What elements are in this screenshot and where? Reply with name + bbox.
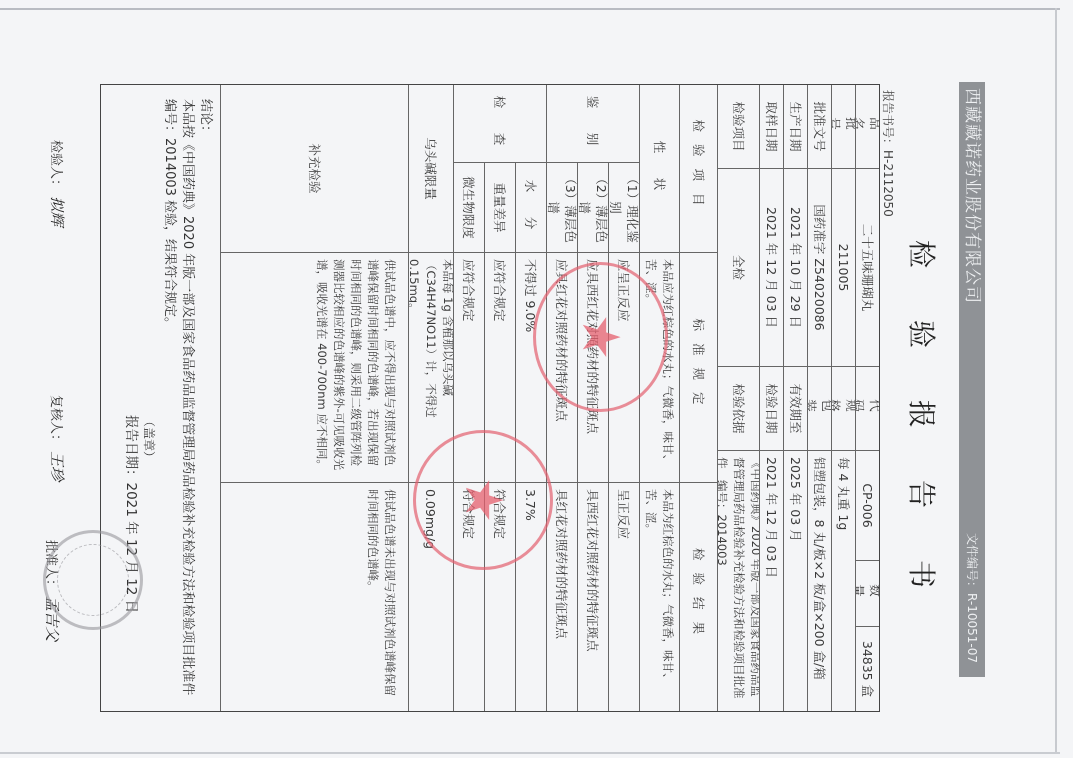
- result-supplementary-test: 供试品色谱未出现与对照试剂色谱峰保留时间相同的色谱峰。: [220, 483, 408, 711]
- red-seal-lower: ★: [533, 262, 668, 412]
- inspection-report-page: 西藏藏诺药业股份有限公司 文件编号：R-10051-07 检验报告书 报告书号：…: [0, 0, 1073, 758]
- result-appearance: 本品为红棕色的水丸；气微香，味甘、苦、涩。: [639, 483, 679, 711]
- label-approval-no: 批准文号: [807, 85, 831, 169]
- label-package: 包 装: [807, 367, 831, 451]
- report-table: 品 名 二十五味珊瑚丸 代 码 CP-006 数 量 34835 盒 批 号 2…: [100, 84, 880, 712]
- value-approval-no: 国药准字 Z54020086: [807, 169, 831, 367]
- column-header-item: 检验项目: [679, 85, 717, 253]
- value-test-date: 2021 年 12 月 03 日: [759, 451, 783, 711]
- stamp-note: （盖章）: [140, 415, 158, 463]
- item-identification-3: （3）薄层色谱: [546, 163, 577, 253]
- reviewer-label: 复核人：: [48, 395, 63, 447]
- star-icon: ★: [571, 314, 631, 361]
- report-title: 检验报告书: [903, 240, 943, 690]
- section-aconitine-limit: 乌头碱限量: [408, 85, 453, 253]
- conclusion-text: 本品按《中国药典》2020 年版一部及国家食品药品监督管理局药品检验补充检验方法…: [160, 99, 196, 697]
- grey-seal: [43, 530, 143, 630]
- report-number: 报告书号：H-2112050: [880, 90, 897, 217]
- value-quantity: 34835 盒: [855, 627, 879, 711]
- value-expiry: 2025 年 03 月: [783, 451, 807, 711]
- item-moisture: 水 分: [515, 163, 546, 253]
- label-test-date: 检验日期: [759, 367, 783, 451]
- value-package: 铝塑包装，8 丸/板×2 板/盒×200 盒/箱: [807, 451, 831, 711]
- label-test-items: 检验项目: [717, 85, 759, 169]
- value-production-date: 2021 年 10 月 29 日: [783, 169, 807, 367]
- grey-seal-inner-ring: [57, 544, 129, 616]
- label-code: 代 码: [855, 367, 879, 451]
- value-test-basis: 《中国药典》2020 年版一部及国家食品药品监督管理局药品检验补充检验方法和检验…: [717, 451, 759, 711]
- company-name: 西藏藏诺药业股份有限公司: [959, 88, 985, 304]
- value-code: CP-006: [855, 451, 879, 561]
- inspector-signature: 检验人： 拟辉: [47, 140, 68, 226]
- column-header-result: 检验结果: [679, 483, 717, 711]
- column-header-standard: 标准规定: [679, 253, 717, 483]
- label-spec: 规 格: [831, 367, 855, 451]
- label-sampling-date: 取样日期: [759, 85, 783, 169]
- result-identification-1: 呈正反应: [608, 483, 639, 711]
- item-identification-2: （2）薄层色谱: [577, 163, 608, 253]
- star-icon: ★: [453, 477, 513, 524]
- value-sampling-date: 2021 年 12 月 03 日: [759, 169, 783, 367]
- label-product-name: 品 名: [855, 85, 879, 169]
- inspector-label: 检验人：: [48, 140, 63, 192]
- red-seal-upper: ★: [413, 430, 553, 570]
- item-microbial-limit: 微生物限度: [453, 163, 484, 253]
- reviewer-signature: 复核人： 王珍: [47, 395, 68, 481]
- label-production-date: 生产日期: [783, 85, 807, 169]
- section-identification: 鉴 别: [546, 85, 639, 163]
- reviewer-name: 王珍: [48, 451, 66, 481]
- value-test-items: 全检: [717, 169, 759, 367]
- section-appearance: 性 状: [639, 85, 679, 253]
- company-banner: 西藏藏诺药业股份有限公司 文件编号：R-10051-07: [959, 82, 985, 677]
- section-examination: 检 查: [453, 85, 546, 163]
- item-identification-1: （1）理化鉴别: [608, 163, 639, 253]
- file-number: 文件编号：R-10051-07: [959, 533, 985, 663]
- value-spec: 每 4 丸重 1g: [831, 451, 855, 711]
- label-expiry: 有效期至: [783, 367, 807, 451]
- standard-supplementary-test: 供试品色谱中，应不得出现与对照试剂色谱峰保留时间相同的色谱峰，若出现保留时间相同…: [220, 253, 408, 483]
- label-test-basis: 检验依据: [717, 367, 759, 451]
- value-product-name: 二十五味珊瑚丸: [855, 169, 879, 367]
- value-batch: 211005: [831, 169, 855, 367]
- conclusion-label: 结论：: [196, 99, 214, 697]
- item-weight-variation: 重量差异: [484, 163, 515, 253]
- result-identification-2: 具西红花对照药材的特征斑点: [577, 483, 608, 711]
- label-batch: 批 号: [831, 85, 855, 169]
- section-supplementary-test: 补充检验: [220, 85, 408, 253]
- label-quantity: 数 量: [855, 561, 879, 627]
- inspector-name: 拟辉: [48, 196, 66, 226]
